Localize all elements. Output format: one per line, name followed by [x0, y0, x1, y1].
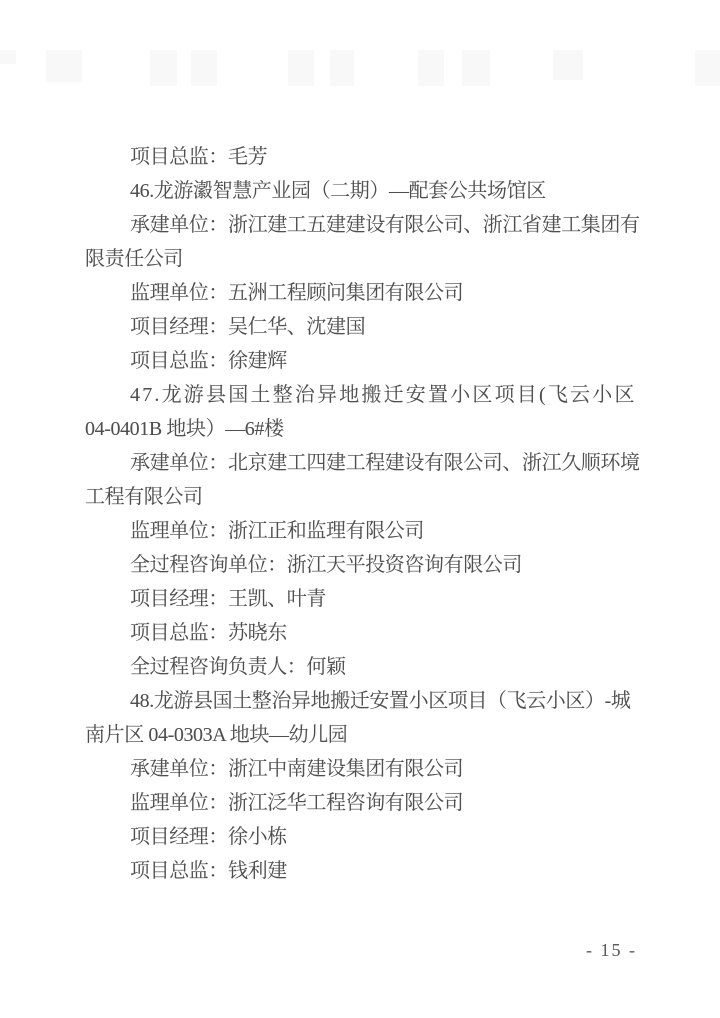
document-line: 承建单位：北京建工四建工程建设有限公司、浙江久顺环境 [85, 446, 637, 480]
scan-artifact [330, 50, 354, 86]
document-line: 项目经理：徐小栋 [85, 820, 637, 854]
scan-artifact-band [0, 0, 720, 110]
document-line: 监理单位：五洲工程顾问集团有限公司 [85, 276, 637, 310]
document-line: 项目总监：徐建辉 [85, 344, 637, 378]
document-line: 项目总监：毛芳 [85, 140, 637, 174]
document-line: 48.龙游县国土整治异地搬迁安置小区项目（飞云小区）-城 [85, 684, 637, 718]
page-number: - 15 - [586, 940, 637, 961]
scan-artifact [553, 50, 583, 80]
document-line: 监理单位：浙江正和监理有限公司 [85, 514, 637, 548]
document-line: 承建单位：浙江中南建设集团有限公司 [85, 752, 637, 786]
document-line: 项目经理：王凯、叶青 [85, 582, 637, 616]
document-line: 项目总监：苏晓东 [85, 616, 637, 650]
scan-artifact [191, 50, 217, 86]
scan-artifact [695, 50, 720, 86]
document-line: 全过程咨询负责人：何颖 [85, 650, 637, 684]
scan-artifact [288, 50, 314, 86]
document-line: 南片区 04-0303A 地块—幼儿园 [85, 718, 637, 752]
scan-artifact [150, 50, 177, 86]
document-line: 04-0401B 地块）—6#楼 [85, 412, 637, 446]
document-line: 工程有限公司 [85, 480, 637, 514]
scan-artifact [418, 50, 444, 86]
scan-artifact [462, 50, 490, 86]
document-line: 限责任公司 [85, 242, 637, 276]
document-line: 项目总监：钱利建 [85, 854, 637, 888]
document-body: 项目总监：毛芳46.龙游瀫智慧产业园（二期）—配套公共场馆区承建单位：浙江建工五… [85, 140, 637, 888]
document-line: 承建单位：浙江建工五建建设有限公司、浙江省建工集团有 [85, 208, 637, 242]
document-line: 47.龙游县国土整治异地搬迁安置小区项目(飞云小区 [85, 378, 637, 412]
document-line: 46.龙游瀫智慧产业园（二期）—配套公共场馆区 [85, 174, 637, 208]
scan-artifact [0, 50, 16, 64]
document-line: 监理单位：浙江泛华工程咨询有限公司 [85, 786, 637, 820]
document-line: 全过程咨询单位：浙江天平投资咨询有限公司 [85, 548, 637, 582]
scan-artifact [46, 50, 82, 82]
document-page: 项目总监：毛芳46.龙游瀫智慧产业园（二期）—配套公共场馆区承建单位：浙江建工五… [0, 0, 720, 1018]
document-line: 项目经理：吴仁华、沈建国 [85, 310, 637, 344]
